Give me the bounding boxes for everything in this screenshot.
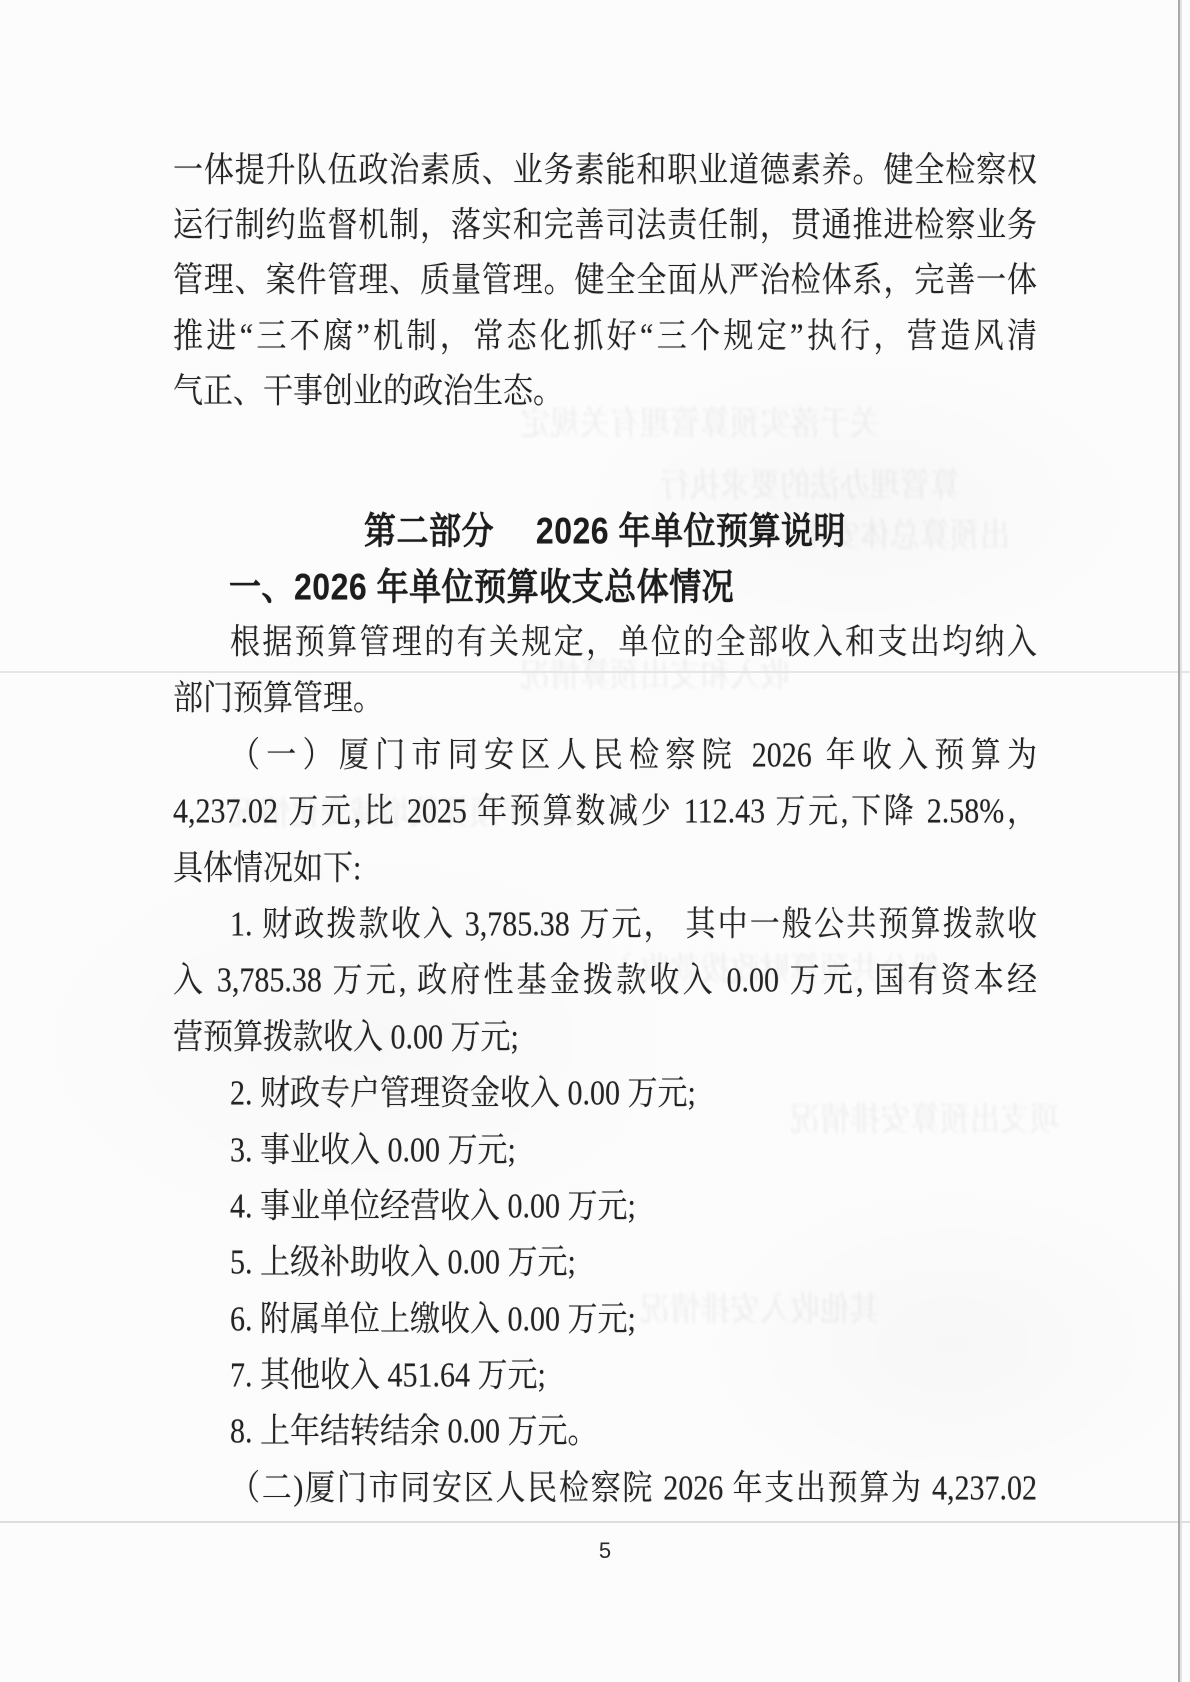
- text-line: 推进“三不腐”机制，常态化抓好“三个规定”执行，营造风清: [173, 304, 1037, 368]
- text-line: 2. 财政专户管理资金收入 0.00 万元;: [173, 1062, 1037, 1127]
- text-line: 气正、干事创业的政治生态。: [173, 359, 1037, 423]
- budget-overview-body: 根据预算管理的有关规定，单位的全部收入和支出均纳入部门预算管理。（一）厦门市同安…: [173, 615, 1037, 1517]
- text-line: 4,237.02 万元,比 2025 年预算数减少 112.43 万元,下降 2…: [173, 780, 1037, 845]
- text-line: 管理、案件管理、质量管理。健全全面从严治检体系，完善一体: [173, 249, 1037, 313]
- footer-divider-line: [0, 1521, 1190, 1523]
- text-line: 入 3,785.38 万元, 政府性基金拨款收入 0.00 万元, 国有资本经: [173, 949, 1037, 1014]
- scan-artifact-horizontal-line: [0, 671, 1190, 673]
- scan-page-edge-line: [1178, 0, 1180, 1682]
- continuation-paragraph: 一体提升队伍政治素质、业务素能和职业道德素养。健全检察权运行制约监督机制，落实和…: [173, 143, 1037, 419]
- text-line: 5. 上级补助收入 0.00 万元;: [173, 1231, 1037, 1296]
- part2-section-heading: 第二部分 2026 年单位预算说明: [173, 500, 1037, 563]
- scanned-budget-document-page: 关于落实预算管理有关规定算管理办法的要求执行出预算总体安排收入和支出预算情况比上…: [0, 0, 1190, 1682]
- page-number: 5: [173, 1538, 1037, 1564]
- headings-block: 第二部分 2026 年单位预算说明 一、2026 年单位预算收支总体情况: [173, 504, 1037, 615]
- text-line: 部门预算管理。: [173, 667, 1037, 732]
- text-line: （二)厦门市同安区人民检察院 2026 年支出预算为 4,237.02: [173, 1456, 1037, 1521]
